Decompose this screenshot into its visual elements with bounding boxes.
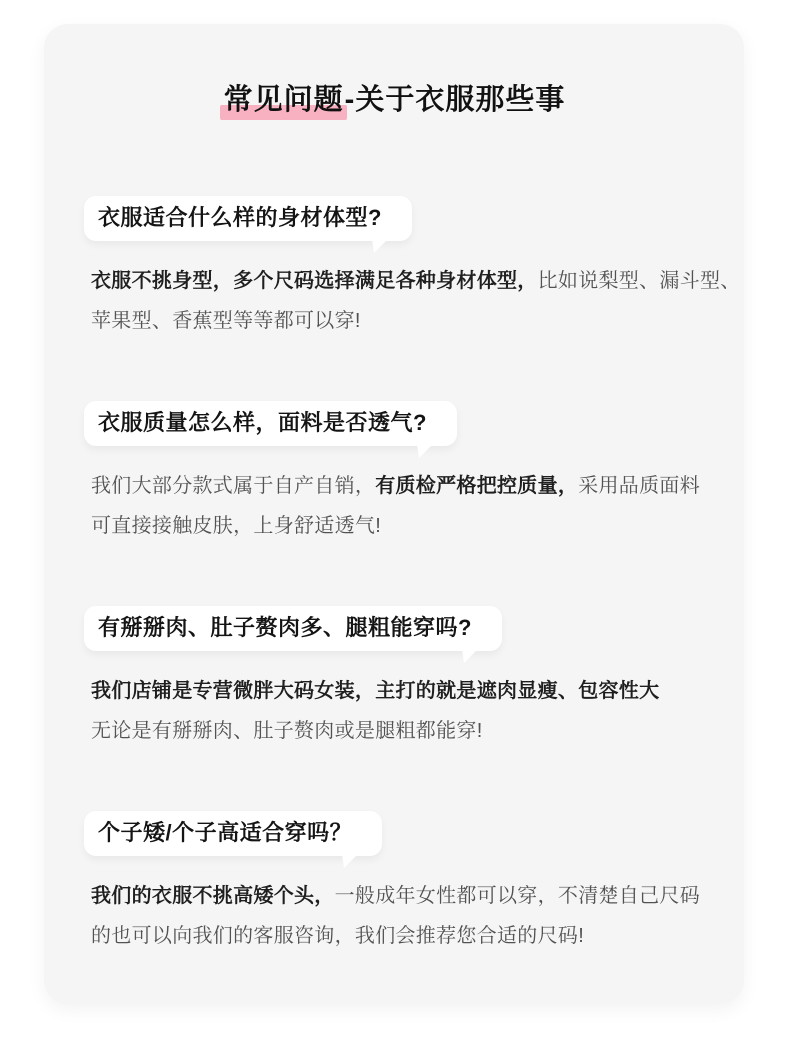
answer-segment-bold: 我们的衣服不挑高矮个头， (91, 885, 335, 907)
question-text: 个子矮/个子高适合穿吗？ (98, 820, 352, 845)
answer-segment: 苹果型、香蕉型等等都可以穿! (91, 310, 361, 332)
bubble-tail-icon (462, 649, 478, 663)
faq-list: 衣服适合什么样的身材体型? 衣服不挑身型，多个尺码选择满足各种身材体型，比如说梨… (84, 196, 704, 956)
question-text: 衣服质量怎么样，面料是否透气? (98, 410, 427, 435)
answer-text: 我们的衣服不挑高矮个头，一般成年女性都可以穿，不清楚自己尺码的也可以向我们的客服… (91, 876, 704, 956)
question-bubble: 有掰掰肉、肚子赘肉多、腿粗能穿吗? (84, 606, 502, 651)
answer-line: 苹果型、香蕉型等等都可以穿! (91, 301, 704, 341)
question-bubble: 衣服质量怎么样，面料是否透气? (84, 401, 457, 446)
page-title: 常见问题-关于衣服那些事 (84, 84, 704, 116)
answer-segment-bold: 我们店铺是专营微胖大码女装，主打的就是遮肉显瘦、包容性大 (91, 680, 659, 702)
answer-line: 衣服不挑身型，多个尺码选择满足各种身材体型，比如说梨型、漏斗型、 (91, 261, 704, 301)
bubble-tail-icon (342, 854, 358, 868)
title-highlight: 常见问题 (223, 84, 345, 116)
answer-text: 我们大部分款式属于自产自销，有质检严格把控质量，采用品质面料可直接接触皮肤，上身… (91, 466, 704, 546)
answer-line: 无论是有掰掰肉、肚子赘肉或是腿粗都能穿! (91, 711, 704, 751)
answer-segment: 可直接接触皮肤，上身舒适透气! (91, 515, 381, 537)
bubble-tail-icon (372, 239, 388, 253)
answer-line: 的也可以向我们的客服咨询，我们会推荐您合适的尺码! (91, 916, 704, 956)
faq-item: 个子矮/个子高适合穿吗？ 我们的衣服不挑高矮个头，一般成年女性都可以穿，不清楚自… (84, 811, 704, 956)
bubble-tail-icon (417, 444, 433, 458)
answer-segment: 的也可以向我们的客服咨询，我们会推荐您合适的尺码! (91, 925, 584, 947)
answer-text: 我们店铺是专营微胖大码女装，主打的就是遮肉显瘦、包容性大无论是有掰掰肉、肚子赘肉… (91, 671, 704, 751)
question-bubble: 个子矮/个子高适合穿吗？ (84, 811, 382, 856)
answer-segment: 一般成年女性都可以穿，不清楚自己尺码 (335, 885, 700, 907)
answer-text: 衣服不挑身型，多个尺码选择满足各种身材体型，比如说梨型、漏斗型、苹果型、香蕉型等… (91, 261, 704, 341)
faq-item: 衣服适合什么样的身材体型? 衣服不挑身型，多个尺码选择满足各种身材体型，比如说梨… (84, 196, 704, 341)
answer-segment-bold: 有质检严格把控质量， (375, 475, 578, 497)
answer-segment: 无论是有掰掰肉、肚子赘肉或是腿粗都能穿! (91, 720, 483, 742)
answer-segment: 采用品质面料 (578, 475, 700, 497)
answer-line: 我们大部分款式属于自产自销，有质检严格把控质量，采用品质面料 (91, 466, 704, 506)
answer-segment: 比如说梨型、漏斗型、 (538, 270, 741, 292)
answer-segment-bold: 衣服不挑身型，多个尺码选择满足各种身材体型， (91, 270, 538, 292)
question-text: 衣服适合什么样的身材体型? (98, 205, 382, 230)
faq-card: 常见问题-关于衣服那些事 衣服适合什么样的身材体型? 衣服不挑身型，多个尺码选择… (44, 24, 744, 1004)
faq-item: 衣服质量怎么样，面料是否透气? 我们大部分款式属于自产自销，有质检严格把控质量，… (84, 401, 704, 546)
question-bubble: 衣服适合什么样的身材体型? (84, 196, 412, 241)
answer-line: 我们的衣服不挑高矮个头，一般成年女性都可以穿，不清楚自己尺码 (91, 876, 704, 916)
question-text: 有掰掰肉、肚子赘肉多、腿粗能穿吗? (98, 615, 472, 640)
answer-line: 我们店铺是专营微胖大码女装，主打的就是遮肉显瘦、包容性大 (91, 671, 704, 711)
page: 常见问题-关于衣服那些事 衣服适合什么样的身材体型? 衣服不挑身型，多个尺码选择… (0, 24, 790, 1004)
answer-line: 可直接接触皮肤，上身舒适透气! (91, 506, 704, 546)
faq-item: 有掰掰肉、肚子赘肉多、腿粗能穿吗? 我们店铺是专营微胖大码女装，主打的就是遮肉显… (84, 606, 704, 751)
title-rest: -关于衣服那些事 (345, 84, 566, 116)
answer-segment: 我们大部分款式属于自产自销， (91, 475, 375, 497)
